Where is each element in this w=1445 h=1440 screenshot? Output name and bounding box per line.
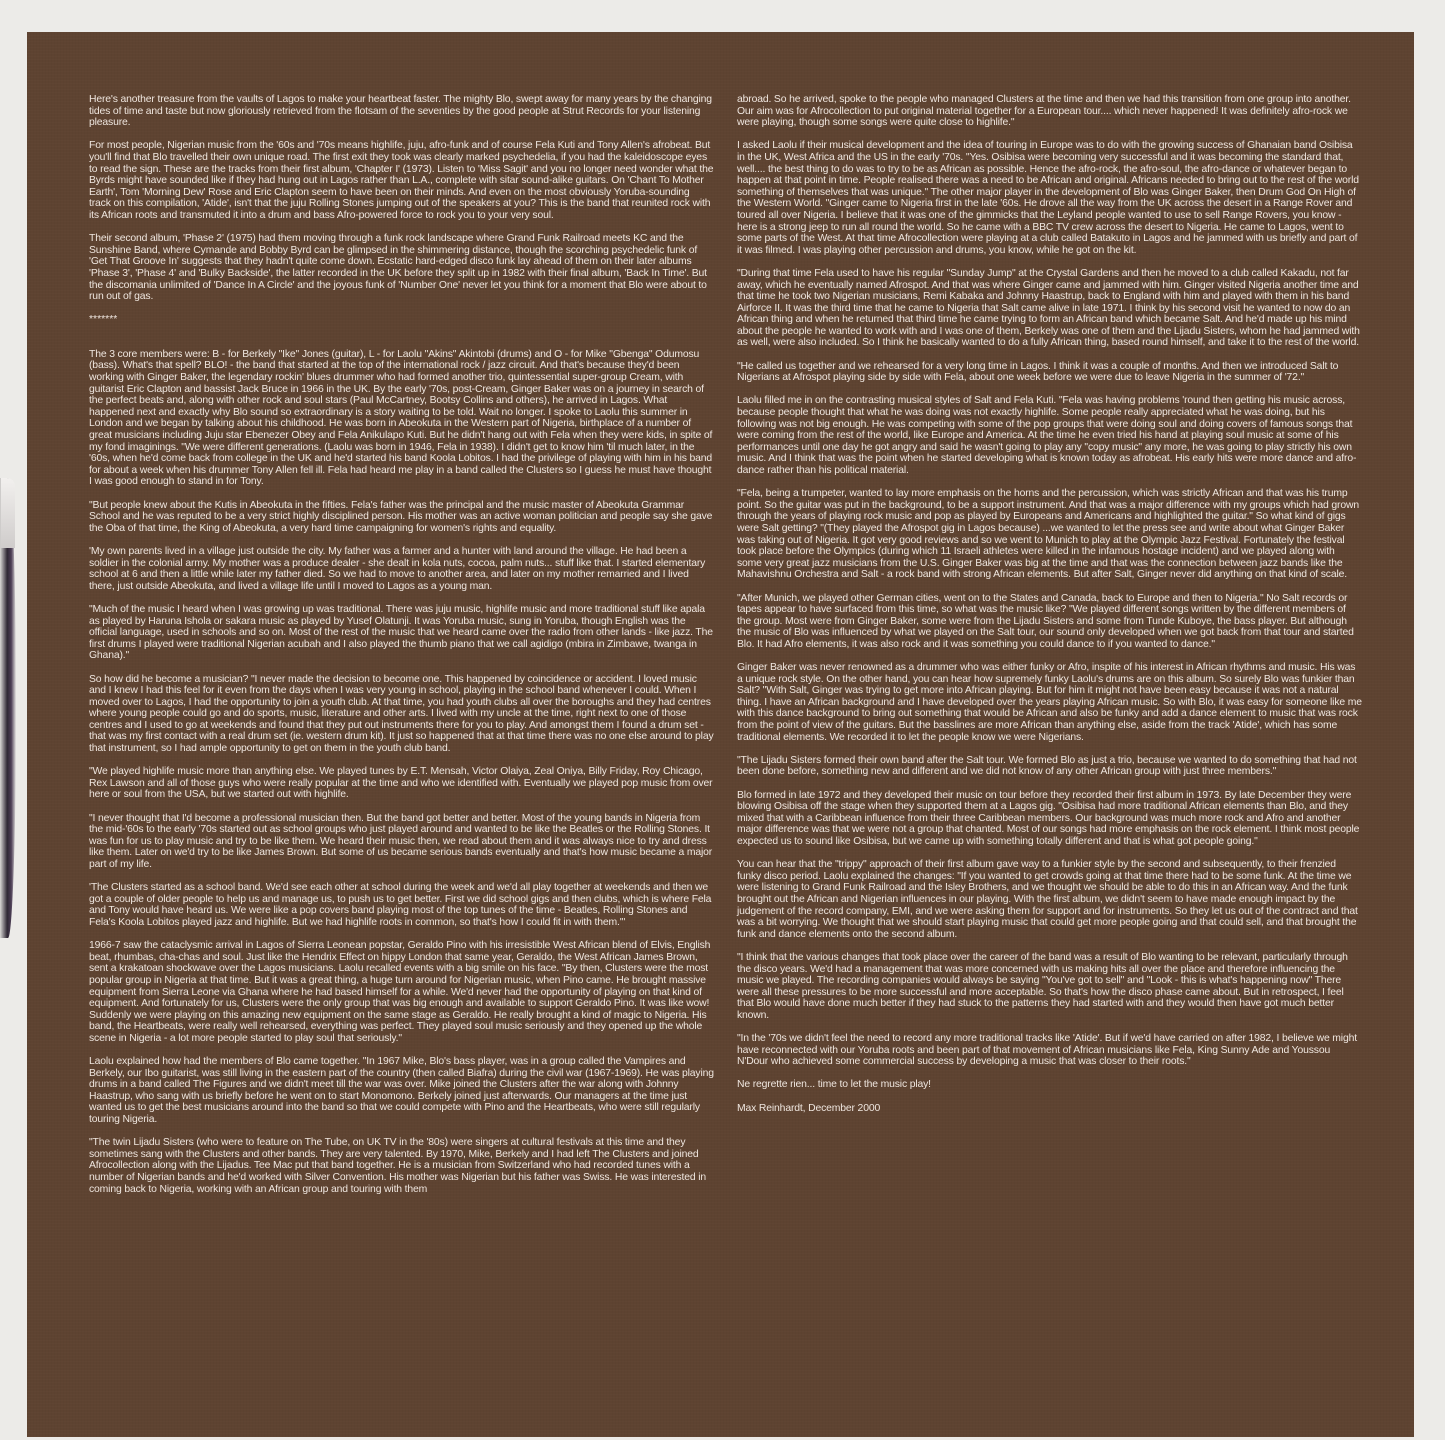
- paragraph: "Much of the music I heard when I was gr…: [89, 604, 714, 662]
- paragraph: Blo formed in late 1972 and they develop…: [737, 790, 1362, 848]
- vinyl-record-highlight: [1, 478, 15, 548]
- right-column: abroad. So he arrived, spoke to the peop…: [737, 94, 1362, 1126]
- paragraph: You can hear that the "trippy" approach …: [737, 859, 1362, 940]
- paragraph: "Fela, being a trumpeter, wanted to lay …: [737, 488, 1362, 581]
- paragraph: 1966-7 saw the cataclysmic arrival in La…: [89, 940, 714, 1044]
- paragraph: Ginger Baker was never renowned as a dru…: [737, 662, 1362, 743]
- paragraph: "He called us together and we rehearsed …: [737, 361, 1362, 384]
- paragraph: "The Lijadu Sisters formed their own ban…: [737, 755, 1362, 778]
- paragraph: "But people knew about the Kutis in Abeo…: [89, 500, 714, 535]
- paragraph: "The twin Lijadu Sisters (who were to fe…: [89, 1137, 714, 1195]
- left-column: Here's another treasure from the vaults …: [89, 94, 714, 1207]
- closing-line: Ne regrette rien... time to let the musi…: [737, 1079, 1362, 1091]
- paragraph: The 3 core members were: B - for Berkely…: [89, 349, 714, 488]
- paragraph: "I think that the various changes that t…: [737, 952, 1362, 1022]
- paragraph: "After Munich, we played other German ci…: [737, 593, 1362, 651]
- paragraph: For most people, Nigerian music from the…: [89, 140, 714, 221]
- paragraph: "We played highlife music more than anyt…: [89, 766, 714, 801]
- paragraph: "In the '70s we didn't feel the need to …: [737, 1033, 1362, 1068]
- author-signoff: Max Reinhardt, December 2000: [737, 1103, 1362, 1115]
- paragraph: 'The Clusters started as a school band. …: [89, 882, 714, 928]
- paragraph: So how did he become a musician? "I neve…: [89, 674, 714, 755]
- paragraph: "I never thought that I'd become a profe…: [89, 813, 714, 871]
- paragraph: Laolu filled me in on the contrasting mu…: [737, 395, 1362, 476]
- section-separator: *******: [89, 314, 714, 326]
- paragraph-intro: Here's another treasure from the vaults …: [89, 94, 714, 129]
- paragraph: "During that time Fela used to have his …: [737, 268, 1362, 349]
- paragraph: Their second album, 'Phase 2' (1975) had…: [89, 233, 714, 303]
- paragraph: 'My own parents lived in a village just …: [89, 546, 714, 592]
- paragraph: abroad. So he arrived, spoke to the peop…: [737, 94, 1362, 129]
- paragraph: Laolu explained how had the members of B…: [89, 1056, 714, 1126]
- paragraph: I asked Laolu if their musical developme…: [737, 140, 1362, 256]
- liner-notes-panel: Here's another treasure from the vaults …: [27, 32, 1414, 1437]
